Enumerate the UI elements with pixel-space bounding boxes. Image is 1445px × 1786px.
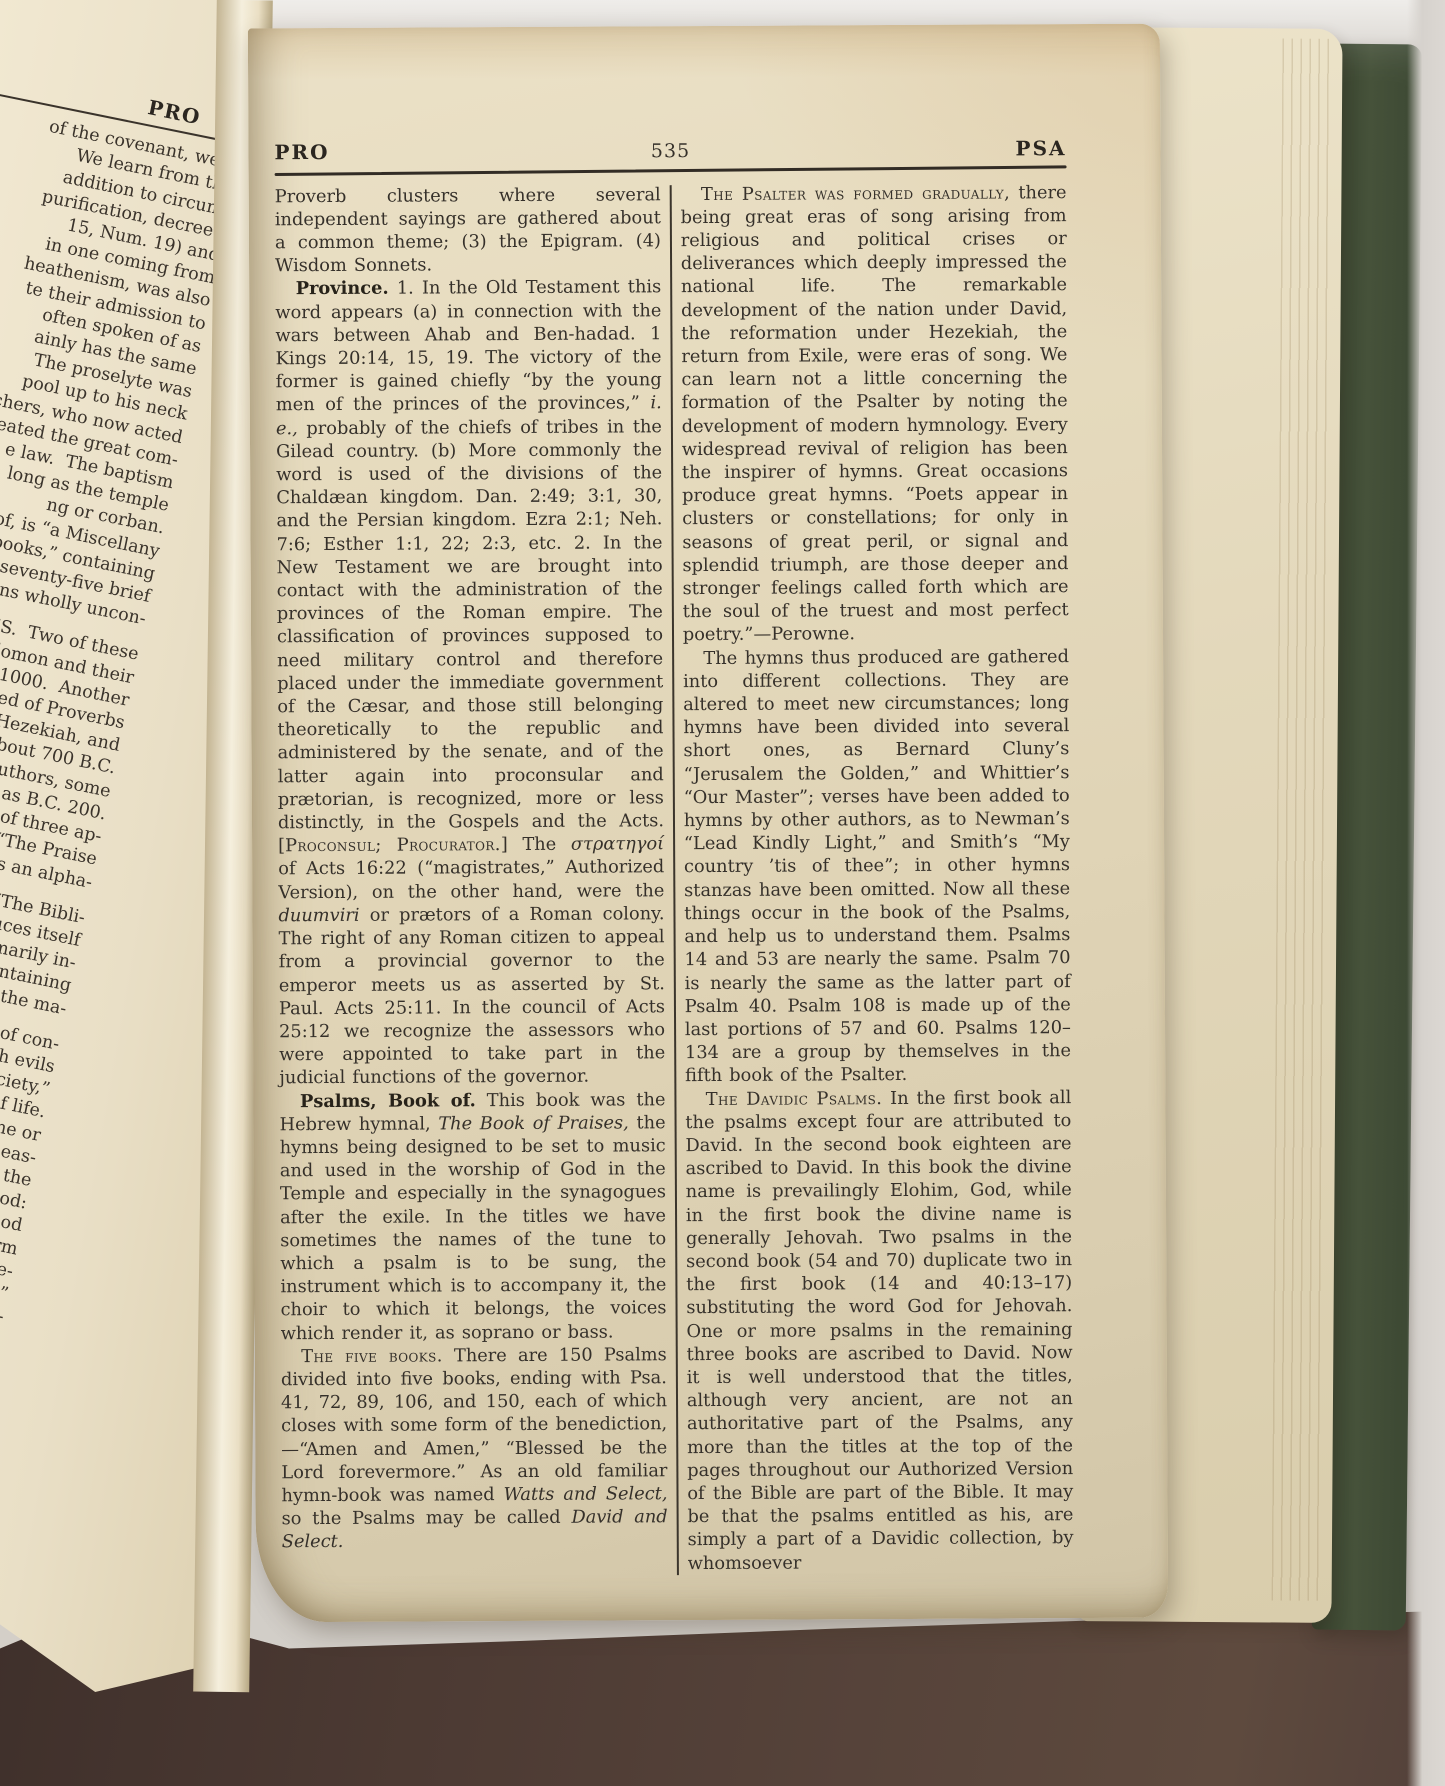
- header-rule: [275, 165, 1067, 175]
- running-head-left: PRO: [274, 138, 650, 164]
- left-text-column: Proverb clusters where several independe…: [275, 183, 668, 1577]
- right-text-column: The Psalter was formed gradually, there …: [680, 181, 1073, 1575]
- text-columns: Proverb clusters where several independe…: [275, 181, 1074, 1577]
- page-number: 535: [651, 140, 690, 162]
- running-head: PRO 535 PSA: [274, 136, 1066, 164]
- column-divider-rule: [670, 185, 679, 1575]
- running-head-right: PSA: [690, 136, 1066, 162]
- stacked-page-edges: [1272, 38, 1335, 1600]
- right-page: PRO 535 PSA Proverb clusters where sever…: [248, 24, 1168, 1623]
- blanket-background-right: [1407, 0, 1445, 1786]
- right-page-content: PRO 535 PSA Proverb clusters where sever…: [274, 136, 1074, 1577]
- book-photo-scene: PRO of the covenant, wereWe learn from t…: [0, 0, 1445, 1786]
